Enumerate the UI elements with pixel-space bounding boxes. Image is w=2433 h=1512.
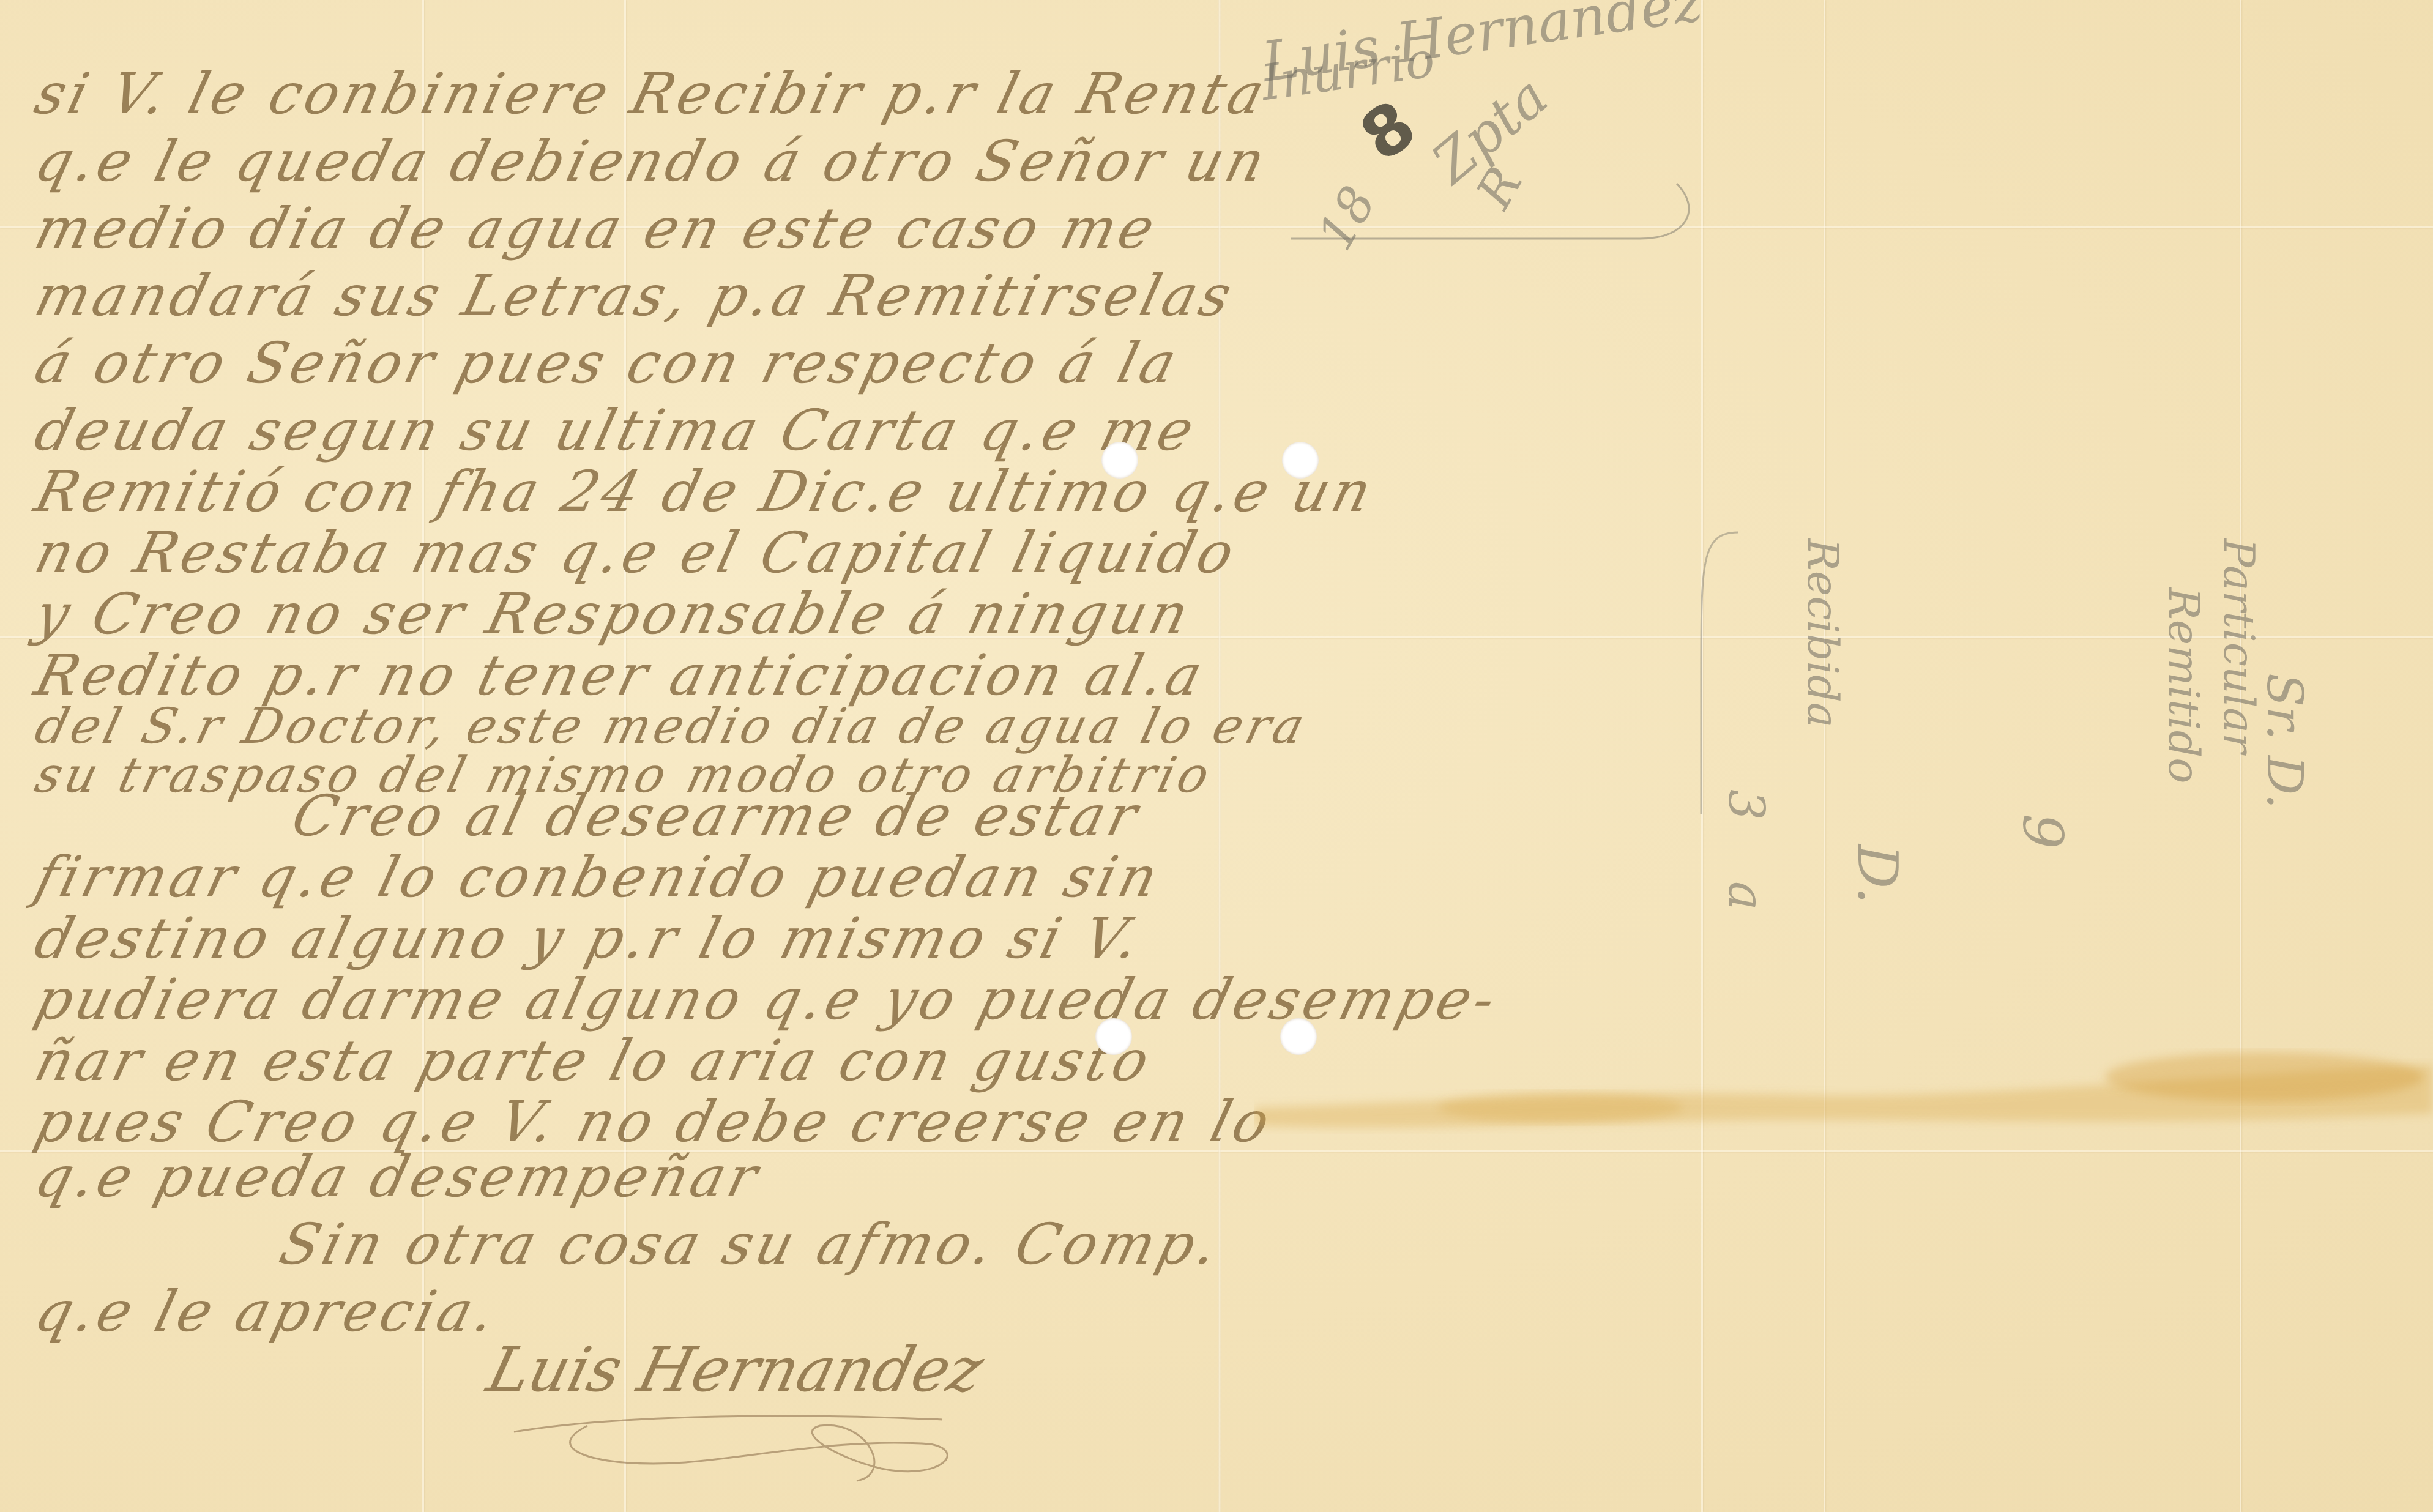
pencil-bracket xyxy=(1689,526,1750,820)
punch-hole xyxy=(1101,442,1138,479)
pencil-annotation: Sr. D. xyxy=(2256,673,2313,809)
letter-line: firmar q.e lo conbenido puedan sin xyxy=(29,844,1168,910)
letter-line: q.e le aprecia. xyxy=(29,1279,505,1344)
letter-line: mandará sus Letras, p.a Remitirselas xyxy=(29,263,1242,329)
pencil-annotation: Remitido xyxy=(2159,587,2209,783)
letter-line: medio dia de agua en este caso me xyxy=(29,196,1165,261)
pencil-annotation: Particular xyxy=(2214,538,2264,754)
letter-line: deuda segun su ultima Carta q.e me xyxy=(29,398,1204,463)
signature-flourish xyxy=(502,1395,967,1487)
letter-line: Creo al desearme de estar xyxy=(286,783,1147,849)
letter-line: ñar en esta parte lo aria con gusto xyxy=(29,1028,1160,1093)
letter-line: q.e pueda desempeñar xyxy=(29,1144,768,1210)
letter-line: si V. le conbiniere Recibir p.r la Renta xyxy=(29,61,1275,127)
letter-line: á otro Señor pues con respecto á la xyxy=(29,330,1187,396)
pencil-annotation: a xyxy=(1718,881,1775,911)
letter-line: no Restaba mas q.e el Capital liquido xyxy=(29,520,1245,586)
letter-line: Remitió con fha 24 de Dic.e ultimo q.e u… xyxy=(29,459,1382,524)
letter-line: q.e le queda debiendo á otro Señor un xyxy=(29,128,1275,194)
letter-line: y Creo no ser Responsable á ningun xyxy=(29,581,1199,647)
pencil-bracket xyxy=(1285,147,1713,245)
pencil-annotation: Recibida xyxy=(1798,538,1848,728)
water-stain xyxy=(1254,1040,2433,1175)
pencil-annotation: 9 xyxy=(2010,814,2074,849)
page-divider xyxy=(1218,0,1221,1512)
punch-hole xyxy=(1095,1018,1132,1055)
punch-hole xyxy=(1282,442,1319,479)
pencil-annotation: D. xyxy=(1845,844,1909,904)
letter-line: pudiera darme alguno q.e yo pueda desemp… xyxy=(29,967,1505,1032)
letter-line: Sin otra cosa su afmo. Comp. xyxy=(274,1212,1228,1277)
letter-line: destino alguno y p.r lo mismo si V. xyxy=(29,906,1150,971)
